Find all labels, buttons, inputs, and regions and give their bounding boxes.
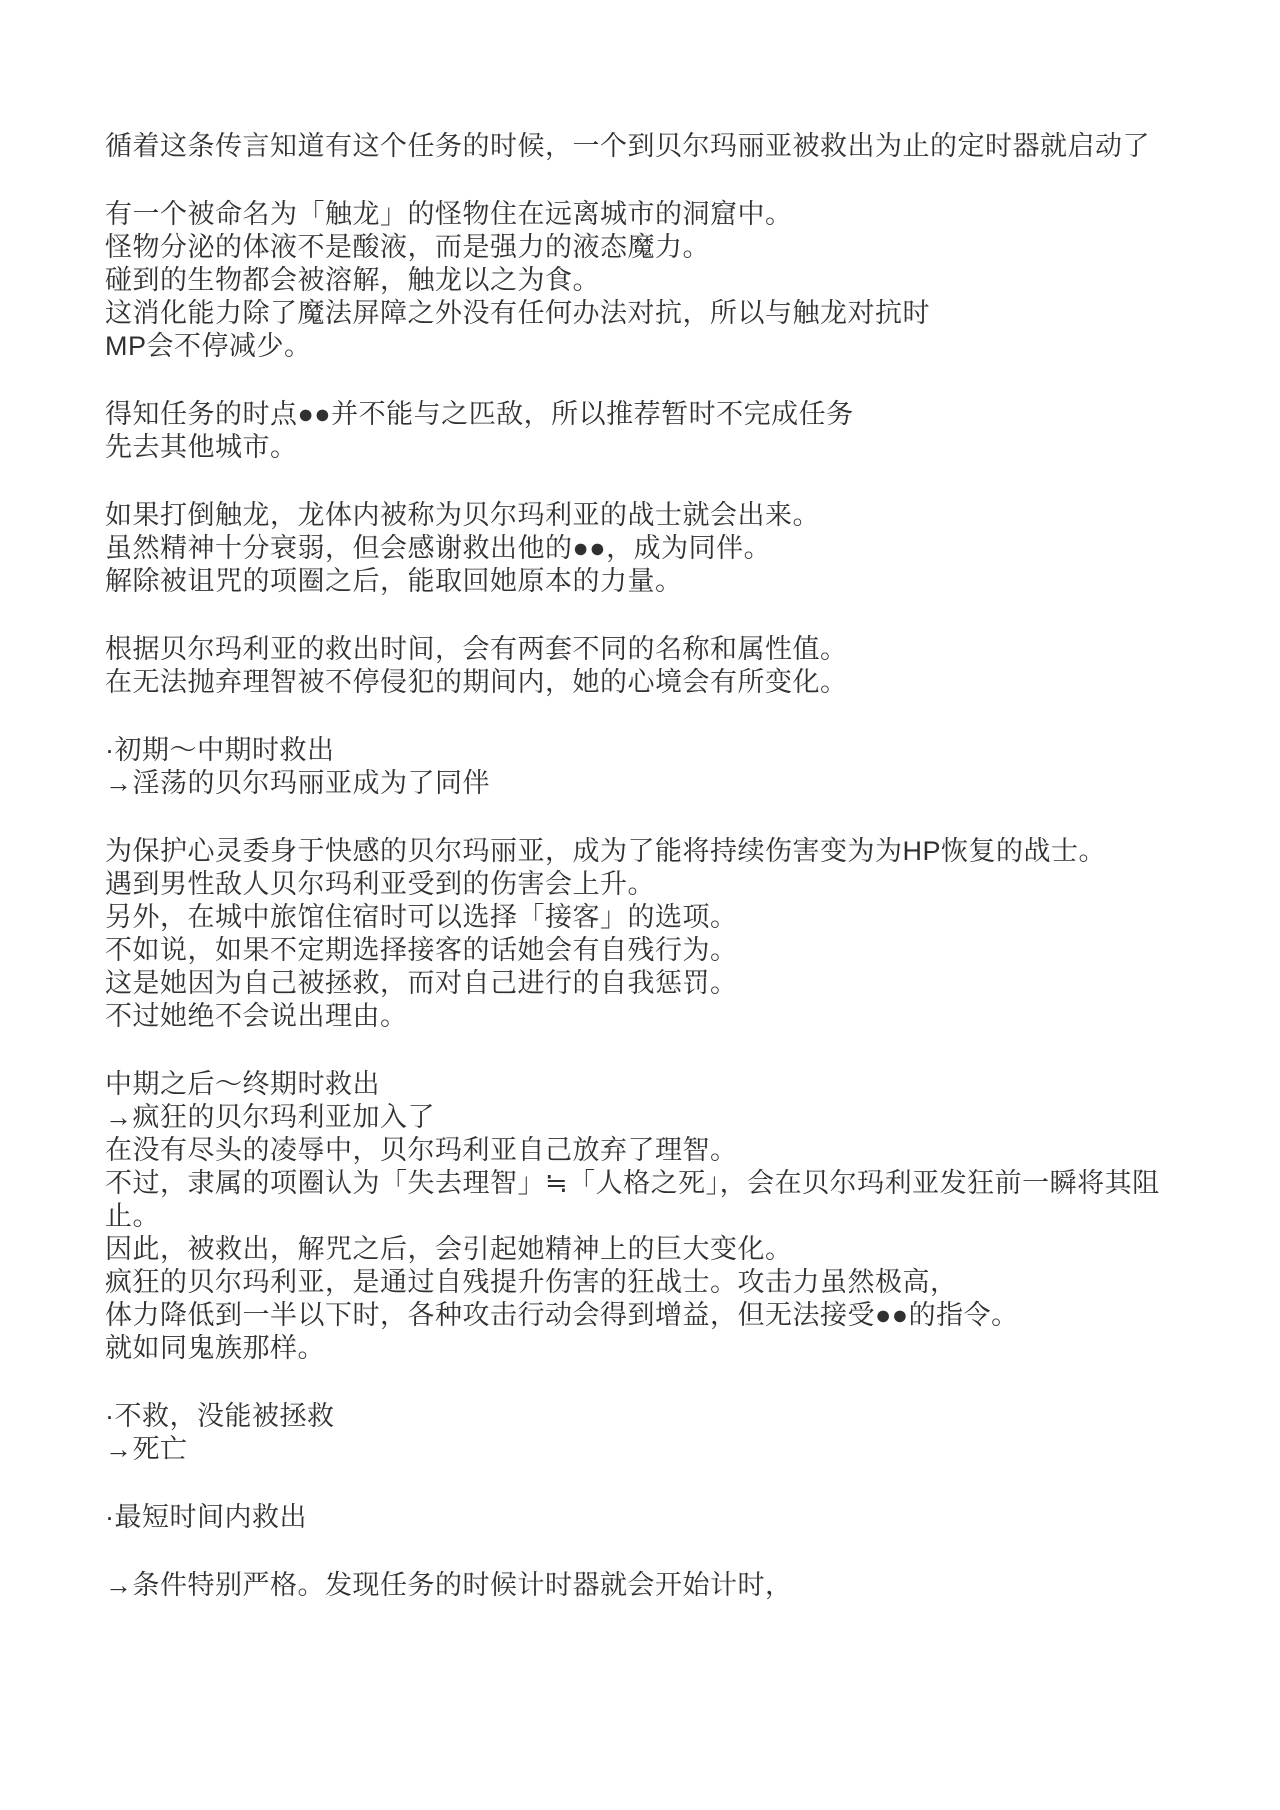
- text-line: 因此，被救出，解咒之后，会引起她精神上的巨大变化。: [105, 1233, 1220, 1266]
- text-line: 就如同鬼族那样。: [105, 1332, 1220, 1365]
- text-line: 这消化能力除了魔法屏障之外没有任何办法对抗，所以与触龙对抗时: [105, 297, 1220, 330]
- text-line: 循着这条传言知道有这个任务的时候，一个到贝尔玛丽亚被救出为止的定时器就启动了: [105, 130, 1220, 163]
- text-line: 疯狂的贝尔玛利亚，是通过自残提升伤害的狂战士。攻击力虽然极高，: [105, 1266, 1220, 1299]
- paragraph: 循着这条传言知道有这个任务的时候，一个到贝尔玛丽亚被救出为止的定时器就启动了: [105, 130, 1220, 163]
- paragraph: ·最短时间内救出: [105, 1501, 1220, 1534]
- text-line: 遇到男性敌人贝尔玛利亚受到的伤害会上升。: [105, 868, 1220, 901]
- text-line: 有一个被命名为「触龙」的怪物住在远离城市的洞窟中。: [105, 198, 1220, 231]
- text-line: →死亡: [105, 1433, 1220, 1466]
- paragraph: ·初期～中期时救出→淫荡的贝尔玛丽亚成为了同伴: [105, 734, 1220, 800]
- text-line: 解除被诅咒的项圈之后，能取回她原本的力量。: [105, 565, 1220, 598]
- text-line: 得知任务的时点●●并不能与之匹敌，所以推荐暂时不完成任务: [105, 398, 1220, 431]
- text-line: 如果打倒触龙，龙体内被称为贝尔玛利亚的战士就会出来。: [105, 499, 1220, 532]
- paragraph: 得知任务的时点●●并不能与之匹敌，所以推荐暂时不完成任务先去其他城市。: [105, 398, 1220, 464]
- text-line: 这是她因为自己被拯救，而对自己进行的自我惩罚。: [105, 967, 1220, 1000]
- text-line: 为保护心灵委身于快感的贝尔玛丽亚，成为了能将持续伤害变为为HP恢复的战士。: [105, 835, 1220, 868]
- text-line: 先去其他城市。: [105, 431, 1220, 464]
- paragraph: →条件特别严格。发现任务的时候计时器就会开始计时，: [105, 1569, 1220, 1602]
- text-line: 中期之后～终期时救出: [105, 1068, 1220, 1101]
- text-line: 不过，隶属的项圈认为「失去理智」≒「人格之死」，会在贝尔玛利亚发狂前一瞬将其阻: [105, 1167, 1220, 1200]
- text-line: 止。: [105, 1200, 1220, 1233]
- text-line: 怪物分泌的体液不是酸液，而是强力的液态魔力。: [105, 231, 1220, 264]
- text-line: 体力降低到一半以下时，各种攻击行动会得到增益，但无法接受●●的指令。: [105, 1299, 1220, 1332]
- paragraph: ·不救，没能被拯救→死亡: [105, 1400, 1220, 1466]
- text-line: 在没有尽头的凌辱中，贝尔玛利亚自己放弃了理智。: [105, 1134, 1220, 1167]
- text-line: 碰到的生物都会被溶解，触龙以之为食。: [105, 264, 1220, 297]
- text-line: ·最短时间内救出: [105, 1501, 1220, 1534]
- text-line: 在无法抛弃理智被不停侵犯的期间内，她的心境会有所变化。: [105, 666, 1220, 699]
- text-line: 不过她绝不会说出理由。: [105, 1000, 1220, 1033]
- document-text: 循着这条传言知道有这个任务的时候，一个到贝尔玛丽亚被救出为止的定时器就启动了有一…: [105, 130, 1220, 1602]
- paragraph: 中期之后～终期时救出→疯狂的贝尔玛利亚加入了在没有尽头的凌辱中，贝尔玛利亚自己放…: [105, 1068, 1220, 1365]
- document-page: 循着这条传言知道有这个任务的时候，一个到贝尔玛丽亚被救出为止的定时器就启动了有一…: [0, 0, 1280, 1810]
- text-line: ·初期～中期时救出: [105, 734, 1220, 767]
- paragraph: 根据贝尔玛利亚的救出时间，会有两套不同的名称和属性值。在无法抛弃理智被不停侵犯的…: [105, 633, 1220, 699]
- text-line: →淫荡的贝尔玛丽亚成为了同伴: [105, 767, 1220, 800]
- text-line: MP会不停减少。: [105, 330, 1220, 363]
- paragraph: 为保护心灵委身于快感的贝尔玛丽亚，成为了能将持续伤害变为为HP恢复的战士。遇到男…: [105, 835, 1220, 1033]
- text-line: 不如说，如果不定期选择接客的话她会有自残行为。: [105, 934, 1220, 967]
- text-line: ·不救，没能被拯救: [105, 1400, 1220, 1433]
- text-line: →条件特别严格。发现任务的时候计时器就会开始计时，: [105, 1569, 1220, 1602]
- paragraph: 有一个被命名为「触龙」的怪物住在远离城市的洞窟中。怪物分泌的体液不是酸液，而是强…: [105, 198, 1220, 363]
- text-line: →疯狂的贝尔玛利亚加入了: [105, 1101, 1220, 1134]
- text-line: 另外，在城中旅馆住宿时可以选择「接客」的选项。: [105, 901, 1220, 934]
- text-line: 根据贝尔玛利亚的救出时间，会有两套不同的名称和属性值。: [105, 633, 1220, 666]
- paragraph: 如果打倒触龙，龙体内被称为贝尔玛利亚的战士就会出来。虽然精神十分衰弱，但会感谢救…: [105, 499, 1220, 598]
- text-line: 虽然精神十分衰弱，但会感谢救出他的●●，成为同伴。: [105, 532, 1220, 565]
